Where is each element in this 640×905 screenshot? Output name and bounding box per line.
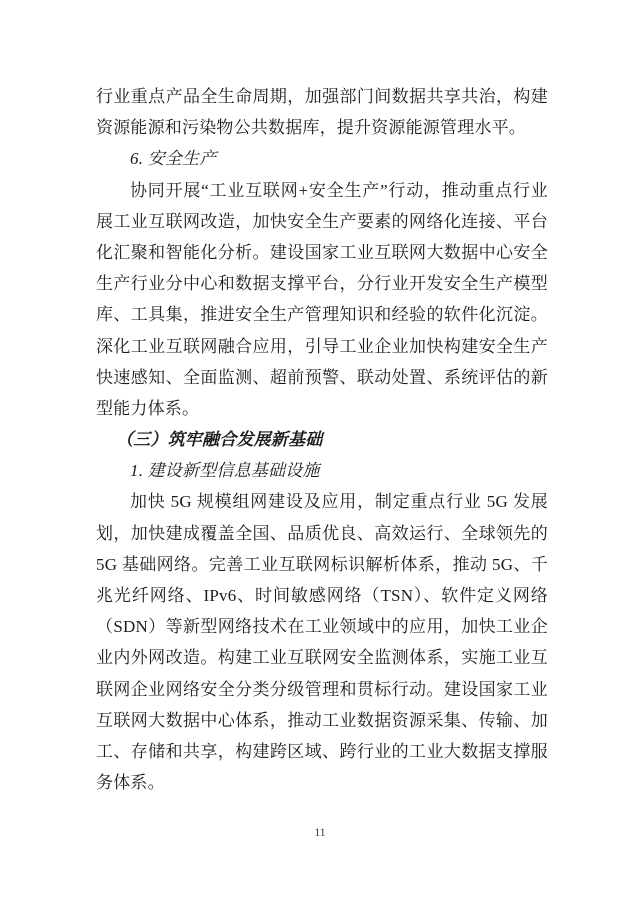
page-number: 11: [0, 826, 640, 840]
body-text-line: 兆光纤网络、IPv6、时间敏感网络（TSN）、软件定义网络: [96, 580, 548, 611]
body-text-line: 划，加快建成覆盖全国、品质优良、高效运行、全球领先的: [96, 518, 548, 549]
body-text-line: （SDN）等新型网络技术在工业领域中的应用，加快工业企: [96, 611, 548, 642]
body-text-line: 库、工具集，推进安全生产管理知识和经验的软件化沉淀。: [96, 299, 548, 330]
body-text-line: 型能力体系。: [96, 393, 548, 424]
subsection-heading: 1. 建设新型信息基础设施: [96, 455, 548, 486]
body-text-line: 5G 基础网络。完善工业互联网标识解析体系，推动 5G、千: [96, 549, 548, 580]
body-text-line: 业内外网改造。构建工业互联网安全监测体系，实施工业互: [96, 642, 548, 673]
body-text-line: 务体系。: [96, 767, 548, 798]
subsection-heading: 6. 安全生产: [96, 143, 548, 174]
body-text-line: 深化工业互联网融合应用，引导工业企业加快构建安全生产: [96, 331, 548, 362]
body-text-line: 工、存储和共享，构建跨区域、跨行业的工业大数据支撑服: [96, 736, 548, 767]
document-text-block: 行业重点产品全生命周期，加强部门间数据共享共治，构建资源能源和污染物公共数据库，…: [96, 81, 548, 798]
section-heading: （三）筑牢融合发展新基础: [96, 424, 548, 455]
body-text-line: 行业重点产品全生命周期，加强部门间数据共享共治，构建: [96, 81, 548, 112]
body-text-line: 快速感知、全面监测、超前预警、联动处置、系统评估的新: [96, 362, 548, 393]
body-text-line: 联网企业网络安全分类分级管理和贯标行动。建设国家工业: [96, 674, 548, 705]
body-text-line: 资源能源和污染物公共数据库，提升资源能源管理水平。: [96, 112, 548, 143]
body-text-line: 化汇聚和智能化分析。建设国家工业互联网大数据中心安全: [96, 237, 548, 268]
document-page: 行业重点产品全生命周期，加强部门间数据共享共治，构建资源能源和污染物公共数据库，…: [0, 0, 640, 905]
body-text-line: 协同开展“工业互联网+安全生产”行动，推动重点行业开: [96, 175, 548, 206]
body-text-line: 互联网大数据中心体系，推动工业数据资源采集、传输、加: [96, 705, 548, 736]
body-text-line: 加快 5G 规模组网建设及应用，制定重点行业 5G 发展计: [96, 486, 548, 517]
body-text-line: 展工业互联网改造，加快安全生产要素的网络化连接、平台: [96, 206, 548, 237]
body-text-line: 生产行业分中心和数据支撑平台，分行业开发安全生产模型: [96, 268, 548, 299]
